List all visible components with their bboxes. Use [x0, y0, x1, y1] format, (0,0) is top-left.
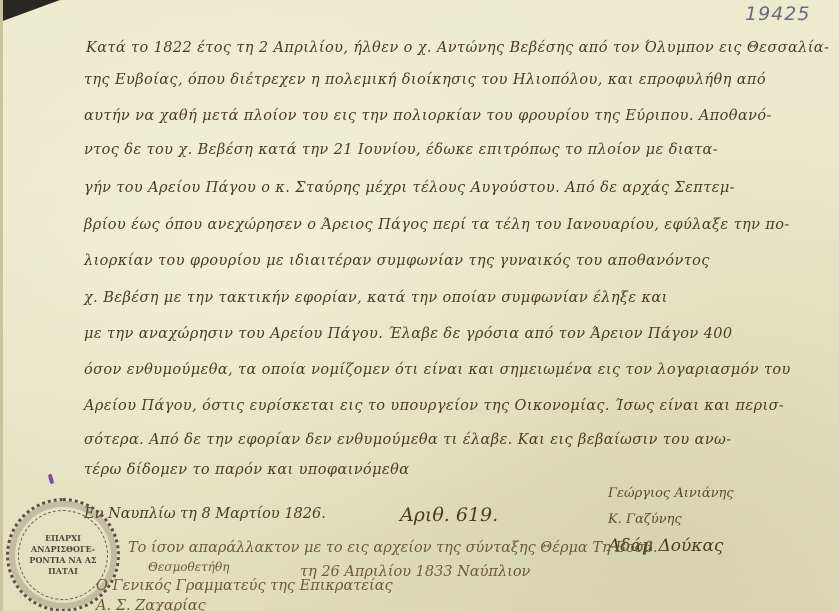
archive-number: 19425	[745, 3, 810, 25]
body-line-10: όσον ενθυμούμεθα, τα οποία νομίζομεν ότι…	[84, 362, 791, 378]
body-line-7: λιορκίαν του φρουρίου με ιδιαιτέραν συμφ…	[84, 253, 710, 269]
body-line-8: χ. Βεβέση με την τακτικήν εφορίαν, κατά …	[84, 290, 668, 306]
body-line-12: σότερα. Από δε την εφορίαν δεν ενθυμούμε…	[84, 432, 732, 448]
date-line: Εν Ναυπλίω τη 8 Μαρτίου 1826.	[84, 506, 326, 522]
seal-line-1: ΕΠΑΡΧΙ	[45, 533, 81, 544]
reference-number: Αριθ. 619.	[400, 504, 498, 526]
body-line-2: της Ευβοίας, όπου διέτρεχεν η πολεμική δ…	[84, 72, 766, 88]
signature-2: Κ. Γαζύνης	[608, 512, 682, 527]
body-line-5: γήν του Αρείου Πάγου ο κ. Σταύρης μέχρι …	[84, 180, 735, 196]
body-line-13: τέρω δίδομεν το παρόν και υποφαινόμεθα	[84, 462, 409, 478]
postscript-line-2: Θεσμοθετήθη	[148, 560, 229, 574]
body-line-6: βρίου έως όπου ανεχώρησεν ο Άρειος Πάγος…	[84, 217, 790, 233]
postscript-line-5: Α. Σ. Ζαχαρίας	[96, 598, 206, 611]
seal-line-4: ΠΑΤΑΙ	[48, 566, 78, 577]
body-line-1: Κατά το 1822 έτος τη 2 Απριλίου, ήλθεν ο…	[86, 40, 829, 56]
signature-1: Γεώργιος Αινιάνης	[608, 486, 734, 501]
page-edge	[0, 0, 3, 611]
postscript-line-4: Ο Γενικός Γραμματεύς της Επικρατείας	[96, 578, 393, 594]
body-line-9: με την αναχώρησιν του Αρείου Πάγου. Έλαβ…	[84, 326, 732, 342]
body-line-4: ντος δε του χ. Βεβέση κατά την 21 Ιουνίο…	[84, 142, 718, 158]
official-seal: ΕΠΑΡΧΙ ΑΝΔΡΙΣΘΟΓΕ- ΡΟΝΤΙΑ ΝΑ ΑΣ ΠΑΤΑΙ	[6, 498, 120, 611]
body-line-3: αυτήν να χαθή μετά πλοίον του εις την πο…	[84, 108, 772, 124]
seal-line-3: ΡΟΝΤΙΑ ΝΑ ΑΣ	[29, 555, 96, 566]
seal-line-2: ΑΝΔΡΙΣΘΟΓΕ-	[31, 544, 95, 555]
postscript-line-1: Το ίσον απαράλλακτον με το εις αρχείον τ…	[128, 540, 658, 556]
body-line-11: Αρείου Πάγου, όστις ευρίσκεται εις το υπ…	[84, 398, 784, 414]
scan-corner-shadow	[0, 0, 60, 22]
